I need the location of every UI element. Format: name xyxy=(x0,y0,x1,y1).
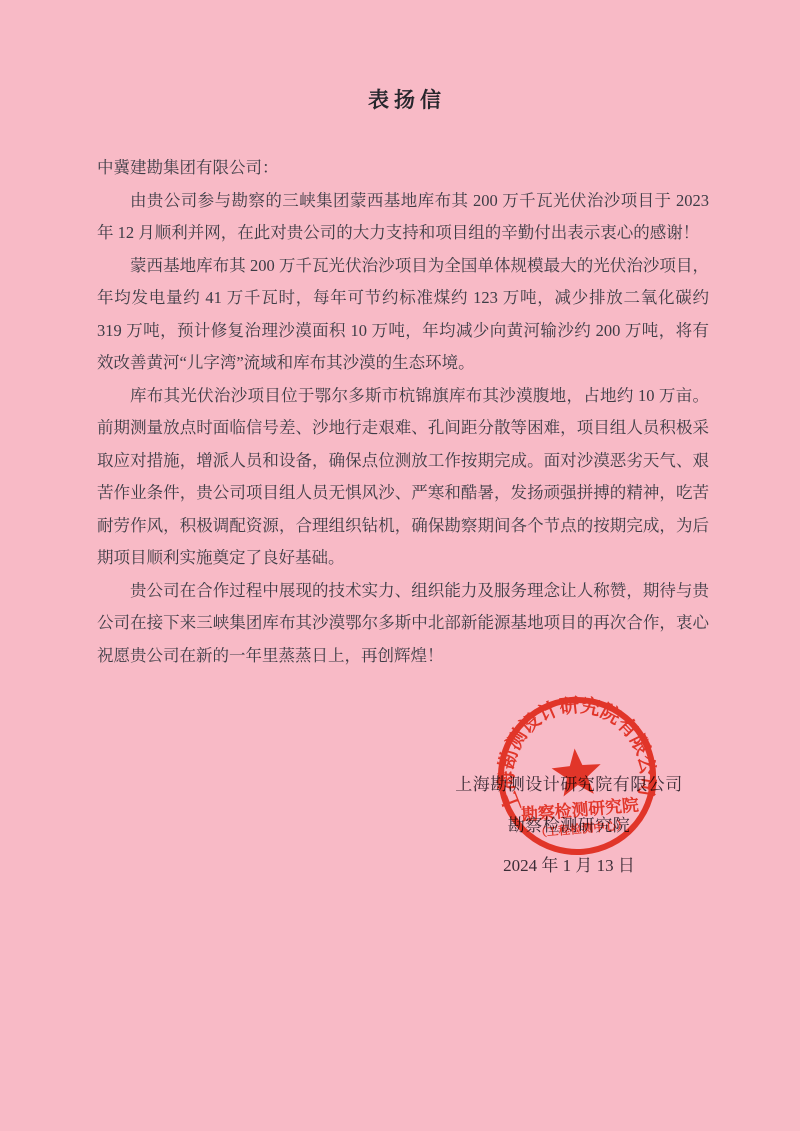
signature-department: 勘察检测研究院 xyxy=(408,811,730,836)
signature-company: 上海勘测设计研究院有限公司 xyxy=(408,770,730,795)
letter-page: 表扬信 中冀建勘集团有限公司： 由贵公司参与勘察的三峡集团蒙西基地库布其 200… xyxy=(0,0,800,1131)
salutation: 中冀建勘集团有限公司： xyxy=(97,152,709,185)
paragraph-4: 贵公司在合作过程中展现的技术实力、组织能力及服务理念让人称赞，期待与贵公司在接下… xyxy=(97,575,709,673)
signature-block: 上海勘测设计研究院有限公司 勘察检测研究院 2024 年 1 月 13 日 xyxy=(408,770,730,876)
letter-body: 中冀建勘集团有限公司： 由贵公司参与勘察的三峡集团蒙西基地库布其 200 万千瓦… xyxy=(97,152,709,672)
signature-date: 2024 年 1 月 13 日 xyxy=(408,851,730,876)
letter-title: 表扬信 xyxy=(97,84,717,114)
paragraph-3: 库布其光伏治沙项目位于鄂尔多斯市杭锦旗库布其沙漠腹地，占地约 10 万亩。前期测… xyxy=(97,380,709,575)
paragraph-2: 蒙西基地库布其 200 万千瓦光伏治沙项目为全国单体规模最大的光伏治沙项目，年均… xyxy=(97,250,709,380)
paragraph-1: 由贵公司参与勘察的三峡集团蒙西基地库布其 200 万千瓦光伏治沙项目于 2023… xyxy=(97,185,709,250)
